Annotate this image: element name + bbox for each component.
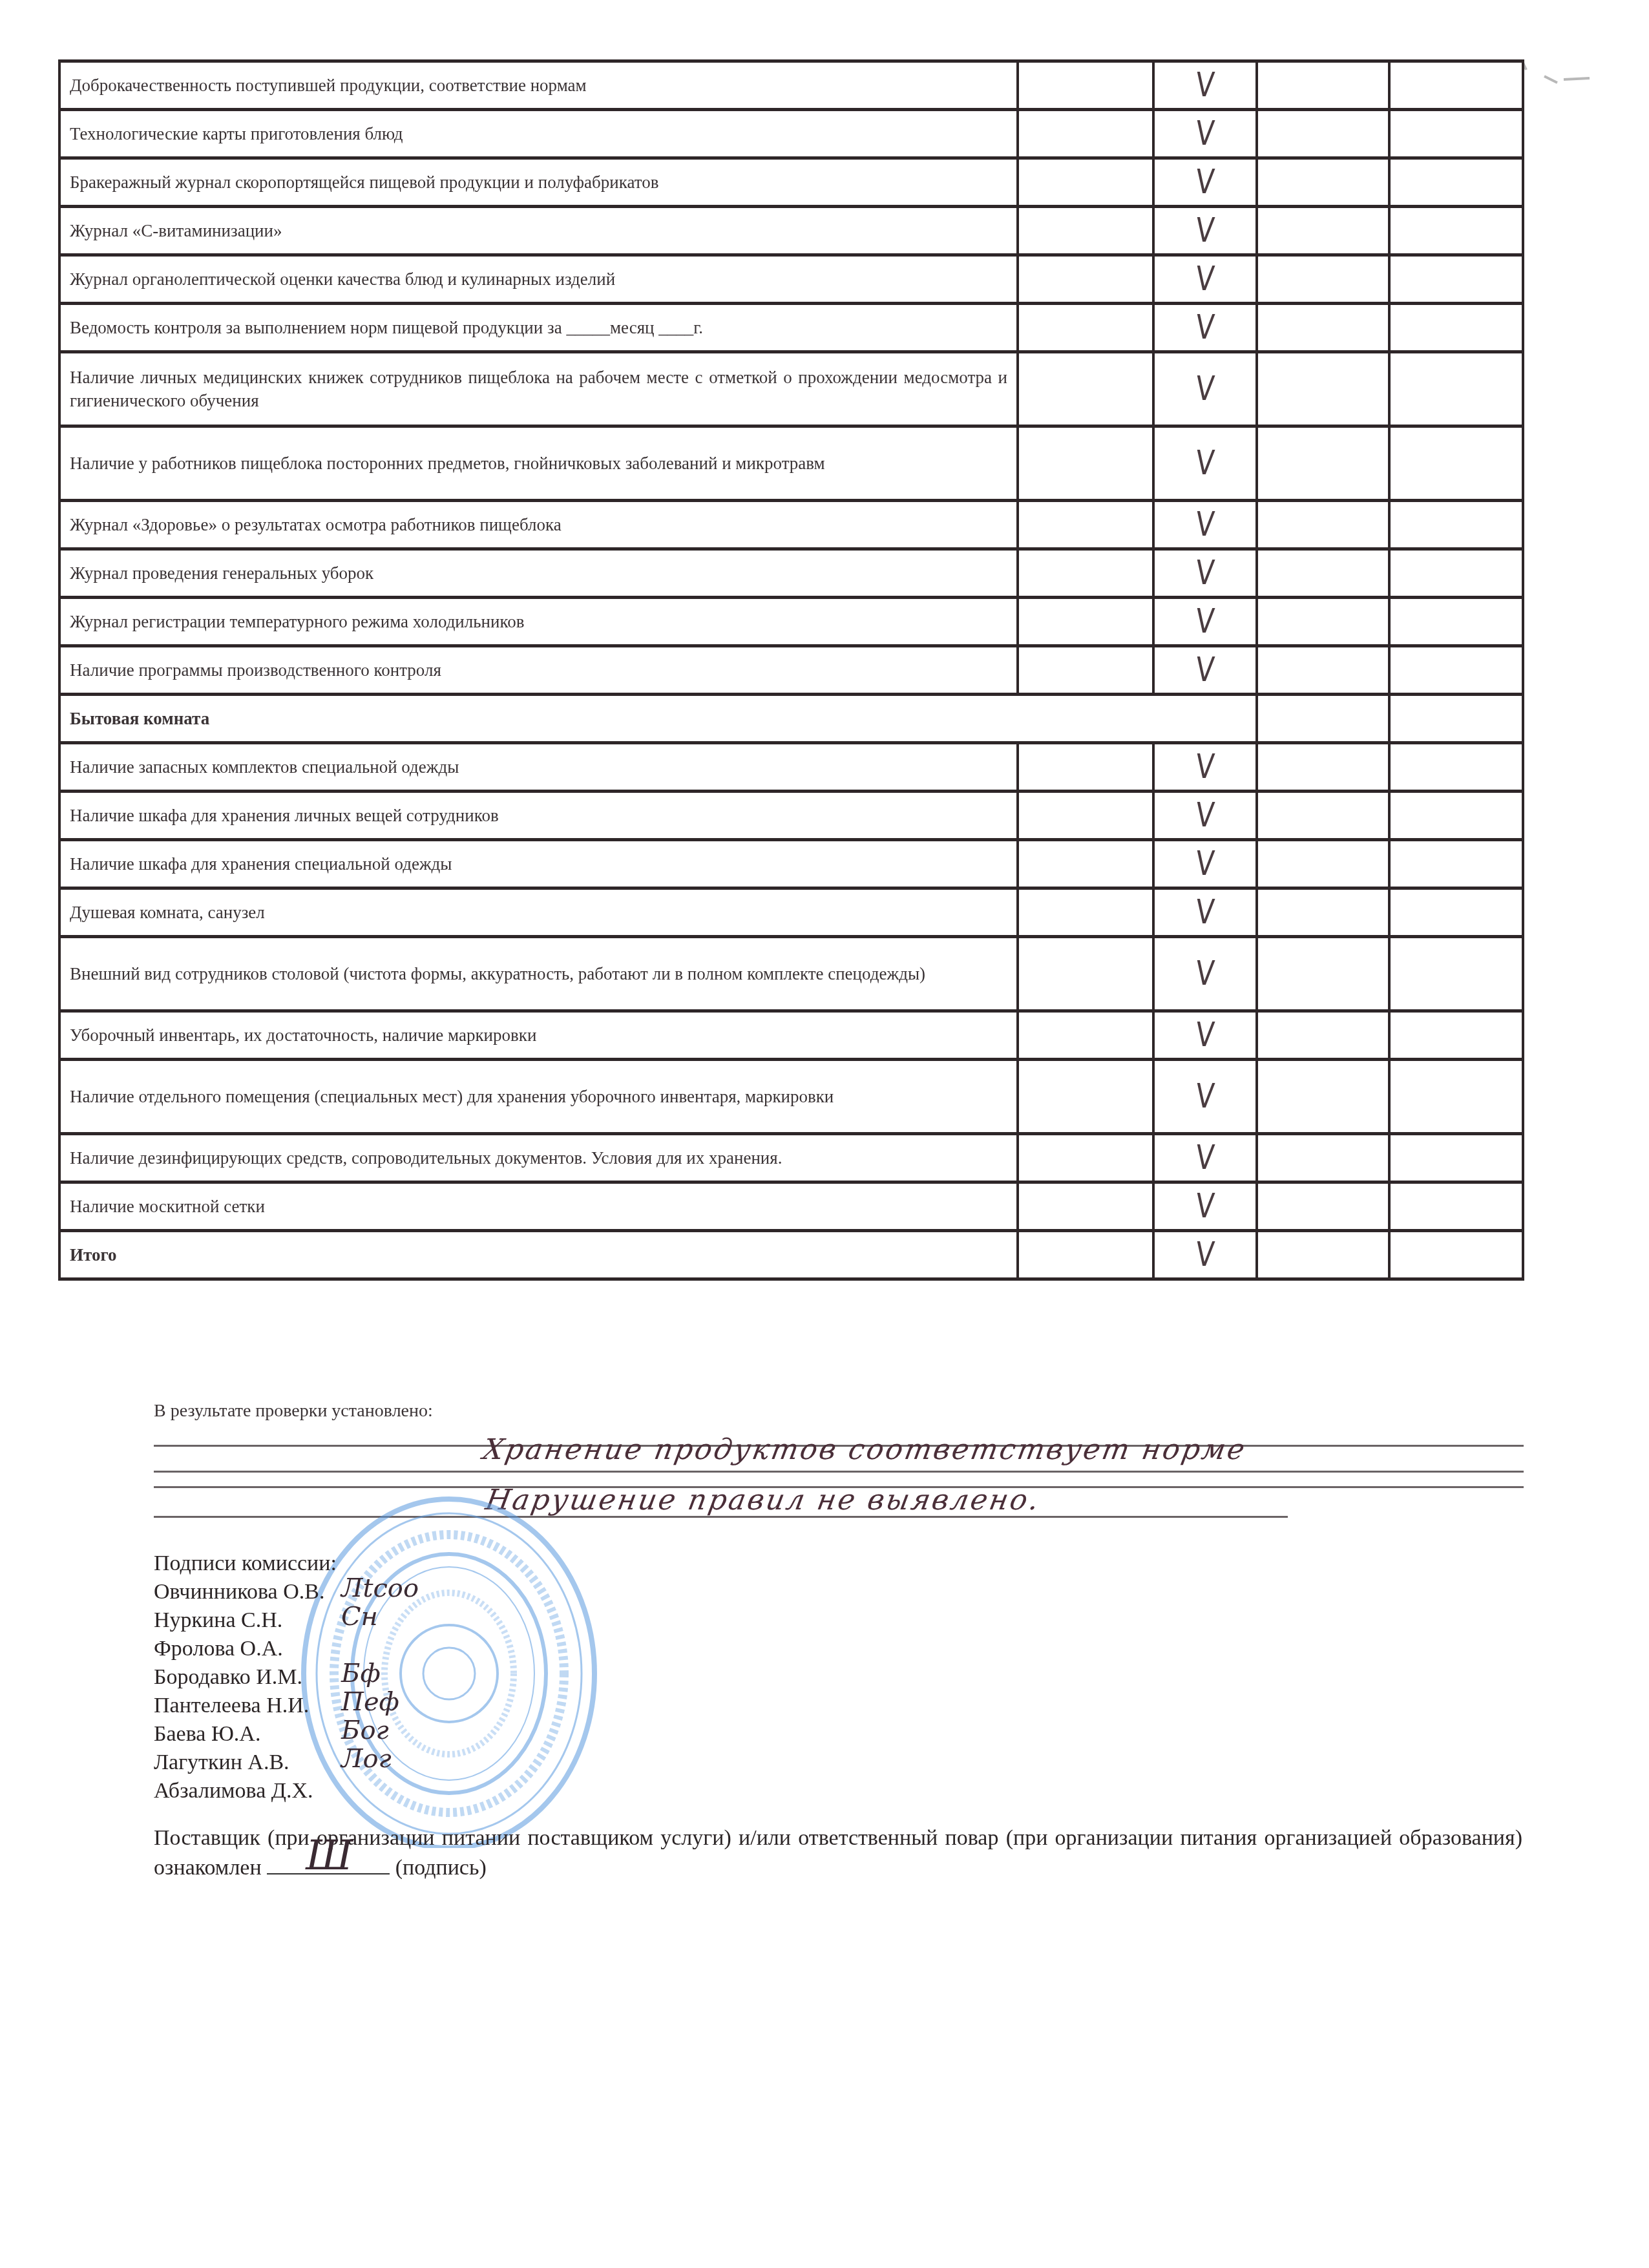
- handwritten-signature: Пеф: [341, 1688, 399, 1716]
- empty-cell: [1018, 1231, 1153, 1279]
- checkmark-icon: V: [1195, 799, 1216, 832]
- empty-cell: [1389, 888, 1523, 937]
- empty-cell: [1018, 158, 1153, 207]
- empty-cell: [1389, 937, 1523, 1011]
- mark-cell: V: [1153, 792, 1257, 840]
- empty-cell: [1389, 110, 1523, 158]
- empty-cell: [1257, 1134, 1389, 1182]
- mark-cell: V: [1153, 646, 1257, 695]
- criterion-text: Доброкачественность поступившей продукци…: [59, 61, 1018, 110]
- empty-cell: [1389, 158, 1523, 207]
- result-line-2: [154, 1471, 1524, 1473]
- mark-cell: V: [1153, 426, 1257, 501]
- empty-cell: [1389, 255, 1523, 304]
- empty-cell: [1018, 352, 1153, 426]
- table-row: Наличие личных медицинских книжек сотруд…: [59, 352, 1523, 426]
- empty-cell: [1257, 110, 1389, 158]
- table-row: Наличие шкафа для хранения личных вещей …: [59, 792, 1523, 840]
- table-row: Наличие запасных комплектов специальной …: [59, 743, 1523, 792]
- empty-cell: [1257, 501, 1389, 549]
- checkmark-icon: V: [1195, 1141, 1216, 1175]
- empty-cell: [1389, 1182, 1523, 1231]
- empty-cell: [1257, 255, 1389, 304]
- commission-signatures: Подписи комиссии: Овчинникова О.В.ЛtcooН…: [154, 1549, 1524, 1805]
- mark-cell: V: [1153, 937, 1257, 1011]
- empty-cell: [1257, 840, 1389, 888]
- checkmark-icon: V: [1195, 446, 1216, 480]
- handwritten-signature: Бог: [341, 1716, 389, 1745]
- criterion-text: Внешний вид сотрудников столовой (чистот…: [59, 937, 1018, 1011]
- table-row: Журнал органолептической оценки качества…: [59, 255, 1523, 304]
- table-row: Бракеражный журнал скоропортящейся пищев…: [59, 158, 1523, 207]
- criterion-text: Наличие шкафа для хранения личных вещей …: [59, 792, 1018, 840]
- criterion-text: Бракеражный журнал скоропортящейся пищев…: [59, 158, 1018, 207]
- empty-cell: [1018, 304, 1153, 352]
- criterion-text: Наличие у работников пищеблока посторонн…: [59, 426, 1018, 501]
- criterion-text: Журнал «Здоровье» о результатах осмотра …: [59, 501, 1018, 549]
- table-row: Наличие у работников пищеблока посторонн…: [59, 426, 1523, 501]
- table-row: Наличие отдельного помещения (специальны…: [59, 1060, 1523, 1134]
- checkmark-icon: V: [1195, 1018, 1216, 1052]
- empty-cell: [1389, 207, 1523, 255]
- signature-row: Абзалимова Д.Х.: [154, 1777, 1524, 1805]
- criterion-text: Душевая комната, санузел: [59, 888, 1018, 937]
- mark-cell: V: [1153, 888, 1257, 937]
- empty-cell: [1389, 1134, 1523, 1182]
- empty-cell: [1257, 352, 1389, 426]
- empty-cell: [1018, 937, 1153, 1011]
- mark-cell: V: [1153, 743, 1257, 792]
- section-title: Бытовая комната: [59, 695, 1257, 743]
- empty-cell: [1018, 840, 1153, 888]
- criterion-text: Наличие москитной сетки: [59, 1182, 1018, 1231]
- checkmark-icon: V: [1195, 165, 1216, 199]
- table-row: Наличие москитной сеткиV: [59, 1182, 1523, 1231]
- table-row: Душевая комната, санузелV: [59, 888, 1523, 937]
- criterion-text: Итого: [59, 1231, 1018, 1279]
- handwritten-signature: Лtcoo: [341, 1574, 419, 1602]
- empty-cell: [1018, 207, 1153, 255]
- empty-cell: [1389, 695, 1523, 743]
- empty-cell: [1389, 792, 1523, 840]
- handwritten-signature: Сн: [341, 1602, 378, 1631]
- mark-cell: V: [1153, 1134, 1257, 1182]
- mark-cell: V: [1153, 1060, 1257, 1134]
- checkmark-icon: V: [1195, 214, 1216, 247]
- empty-cell: [1257, 1182, 1389, 1231]
- checkmark-icon: V: [1195, 508, 1216, 541]
- empty-cell: [1389, 501, 1523, 549]
- result-label: В результате проверки установлено:: [154, 1401, 433, 1422]
- criterion-text: Уборочный инвентарь, их достаточность, н…: [59, 1011, 1018, 1060]
- empty-cell: [1257, 695, 1389, 743]
- checkmark-icon: V: [1195, 896, 1216, 929]
- criterion-text: Ведомость контроля за выполнением норм п…: [59, 304, 1018, 352]
- table-row: Наличие дезинфицирующих средств, сопрово…: [59, 1134, 1523, 1182]
- empty-cell: [1389, 352, 1523, 426]
- empty-cell: [1389, 426, 1523, 501]
- criterion-text: Журнал проведения генеральных уборок: [59, 549, 1018, 598]
- empty-cell: [1257, 792, 1389, 840]
- handwritten-signature: Бф: [341, 1659, 381, 1688]
- table-row: Ведомость контроля за выполнением норм п…: [59, 304, 1523, 352]
- criterion-text: Наличие программы производственного конт…: [59, 646, 1018, 695]
- empty-cell: [1389, 743, 1523, 792]
- table-row: Доброкачественность поступившей продукци…: [59, 61, 1523, 110]
- table-row: Уборочный инвентарь, их достаточность, н…: [59, 1011, 1523, 1060]
- empty-cell: [1257, 304, 1389, 352]
- empty-cell: [1389, 1011, 1523, 1060]
- empty-cell: [1018, 792, 1153, 840]
- mark-cell: V: [1153, 207, 1257, 255]
- criterion-text: Наличие дезинфицирующих средств, сопрово…: [59, 1134, 1018, 1182]
- mark-cell: V: [1153, 1011, 1257, 1060]
- mark-cell: V: [1153, 840, 1257, 888]
- checkmark-icon: V: [1195, 1080, 1216, 1113]
- empty-cell: [1389, 549, 1523, 598]
- empty-cell: [1257, 158, 1389, 207]
- empty-cell: [1018, 646, 1153, 695]
- empty-cell: [1389, 646, 1523, 695]
- criterion-text: Наличие шкафа для хранения специальной о…: [59, 840, 1018, 888]
- empty-cell: [1257, 207, 1389, 255]
- mark-cell: V: [1153, 304, 1257, 352]
- table-row: Внешний вид сотрудников столовой (чистот…: [59, 937, 1523, 1011]
- mark-cell: V: [1153, 352, 1257, 426]
- member-name: Нуркина С.Н.: [154, 1608, 282, 1632]
- handwritten-signature: Лог: [341, 1745, 392, 1773]
- empty-cell: [1257, 937, 1389, 1011]
- signature-caption: (подпись): [390, 1856, 487, 1880]
- signature-row: Лагуткин А.В.Лог: [154, 1748, 1524, 1777]
- empty-cell: [1018, 110, 1153, 158]
- empty-cell: [1018, 1060, 1153, 1134]
- checkmark-icon: V: [1195, 605, 1216, 638]
- empty-cell: [1257, 549, 1389, 598]
- empty-cell: [1257, 1011, 1389, 1060]
- table-row: Наличие программы производственного конт…: [59, 646, 1523, 695]
- empty-cell: [1018, 61, 1153, 110]
- empty-cell: [1257, 646, 1389, 695]
- empty-cell: [1018, 1182, 1153, 1231]
- checkmark-icon: V: [1195, 957, 1216, 991]
- criterion-text: Журнал регистрации температурного режима…: [59, 598, 1018, 646]
- table-row: Технологические карты приготовления блюд…: [59, 110, 1523, 158]
- empty-cell: [1018, 549, 1153, 598]
- empty-cell: [1018, 255, 1153, 304]
- empty-cell: [1018, 426, 1153, 501]
- checkmark-icon: V: [1195, 1190, 1216, 1223]
- total-row: ИтогоV: [59, 1231, 1523, 1279]
- criterion-text: Журнал «С-витаминизации»: [59, 207, 1018, 255]
- criterion-text: Технологические карты приготовления блюд: [59, 110, 1018, 158]
- criterion-text: Наличие запасных комплектов специальной …: [59, 743, 1018, 792]
- supplier-signature: Ш: [306, 1841, 353, 1871]
- criterion-text: Журнал органолептической оценки качества…: [59, 255, 1018, 304]
- member-name: Овчинникова О.В.: [154, 1580, 324, 1604]
- empty-cell: [1257, 598, 1389, 646]
- empty-cell: [1257, 743, 1389, 792]
- checkmark-icon: V: [1195, 750, 1216, 784]
- empty-cell: [1257, 61, 1389, 110]
- mark-cell: V: [1153, 1182, 1257, 1231]
- empty-cell: [1257, 426, 1389, 501]
- empty-cell: [1389, 61, 1523, 110]
- empty-cell: [1257, 888, 1389, 937]
- table-row: Журнал регистрации температурного режима…: [59, 598, 1523, 646]
- empty-cell: [1257, 1060, 1389, 1134]
- signature-row: Нуркина С.Н.Сн: [154, 1606, 1524, 1635]
- mark-cell: V: [1153, 110, 1257, 158]
- empty-cell: [1018, 888, 1153, 937]
- empty-cell: [1018, 1011, 1153, 1060]
- table-row: Журнал «Здоровье» о результатах осмотра …: [59, 501, 1523, 549]
- empty-cell: [1389, 304, 1523, 352]
- checkmark-icon: V: [1195, 372, 1216, 406]
- empty-cell: [1389, 1060, 1523, 1134]
- member-name: Абзалимова Д.Х.: [154, 1779, 313, 1803]
- mark-cell: V: [1153, 1231, 1257, 1279]
- member-name: Бородавко И.М.: [154, 1665, 302, 1689]
- checkmark-icon: V: [1195, 653, 1216, 687]
- table-row: Журнал «С-витаминизации»V: [59, 207, 1523, 255]
- mark-cell: V: [1153, 598, 1257, 646]
- section-row: Бытовая комната: [59, 695, 1523, 743]
- empty-cell: [1389, 598, 1523, 646]
- checkmark-icon: V: [1195, 556, 1216, 590]
- mark-cell: V: [1153, 255, 1257, 304]
- handwritten-finding-1: Хранение продуктов соответствует норме: [481, 1433, 1250, 1466]
- member-name: Фролова О.А.: [154, 1637, 283, 1661]
- document-page: Доброкачественность поступившей продукци…: [0, 0, 1649, 2268]
- member-name: Лагуткин А.В.: [154, 1750, 289, 1774]
- checkmark-icon: V: [1195, 117, 1216, 151]
- mark-cell: V: [1153, 549, 1257, 598]
- checkmark-icon: V: [1195, 1238, 1216, 1272]
- empty-cell: [1018, 598, 1153, 646]
- criterion-text: Наличие отдельного помещения (специальны…: [59, 1060, 1018, 1134]
- criterion-text: Наличие личных медицинских книжек сотруд…: [59, 352, 1018, 426]
- checkmark-icon: V: [1195, 311, 1216, 344]
- empty-cell: [1018, 1134, 1153, 1182]
- checkmark-icon: V: [1195, 847, 1216, 881]
- supplier-acknowledgement: Поставщик (при организации питании поста…: [154, 1823, 1522, 1883]
- table-row: Наличие шкафа для хранения специальной о…: [59, 840, 1523, 888]
- empty-cell: [1389, 1231, 1523, 1279]
- scan-smudge-mark: [1518, 57, 1596, 96]
- empty-cell: [1018, 501, 1153, 549]
- member-name: Пантелеева Н.И.: [154, 1694, 309, 1717]
- mark-cell: V: [1153, 158, 1257, 207]
- mark-cell: V: [1153, 501, 1257, 549]
- supplier-signature-field: Ш: [267, 1854, 390, 1874]
- empty-cell: [1389, 840, 1523, 888]
- checklist-table: Доброкачественность поступившей продукци…: [58, 59, 1524, 1281]
- member-name: Баева Ю.А.: [154, 1722, 260, 1746]
- mark-cell: V: [1153, 61, 1257, 110]
- table-row: Журнал проведения генеральных уборокV: [59, 549, 1523, 598]
- empty-cell: [1018, 743, 1153, 792]
- empty-cell: [1257, 1231, 1389, 1279]
- checkmark-icon: V: [1195, 262, 1216, 296]
- checkmark-icon: V: [1195, 68, 1216, 102]
